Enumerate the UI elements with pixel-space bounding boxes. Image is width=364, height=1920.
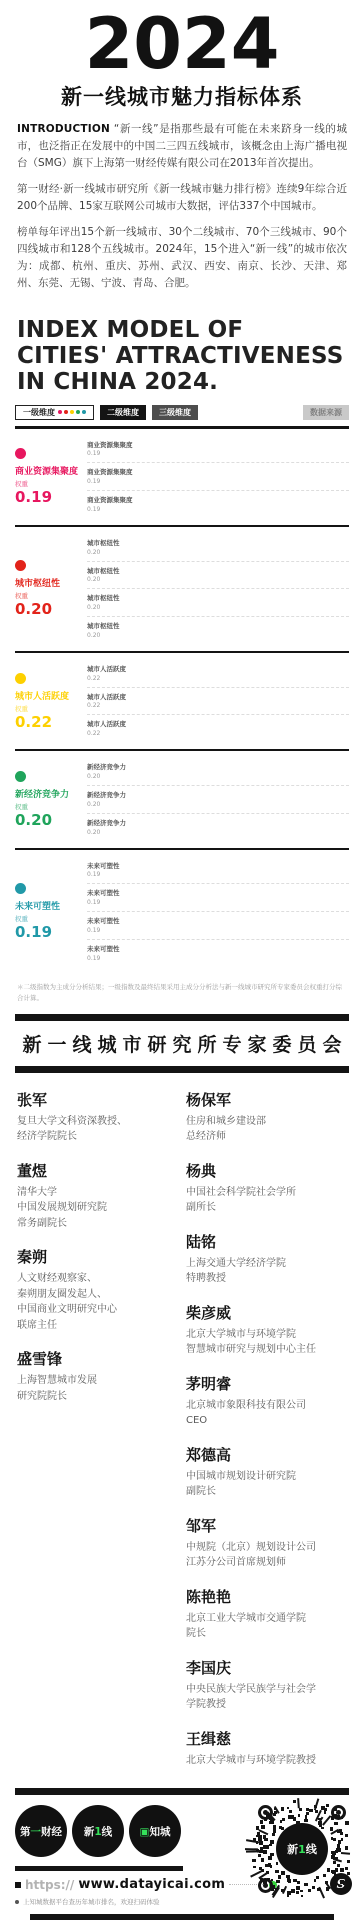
- expert-affiliation: 清华大学 中国发展规划研究院 常务副院长: [17, 1185, 178, 1232]
- dimension-header: 新经济竞争力 权重 0.20: [15, 758, 87, 840]
- dimension-header: 城市枢纽性 权重 0.20: [15, 534, 87, 644]
- sub-index-row: 商业资源集聚度 0.19: [87, 462, 349, 490]
- footer-divider-bar: [15, 1866, 183, 1871]
- qr-code: 新1线 S: [250, 1797, 354, 1901]
- sub-index-row: 商业资源集聚度 0.19: [87, 436, 349, 463]
- intro-paragraph-2: 第一财经·新一线城市研究所《新一线城市魅力排行榜》连续9年综合近200个品牌、1…: [17, 181, 347, 215]
- expert-card: 李国庆 中央民族大学民族学与社会学 学院教授: [186, 1657, 347, 1713]
- committee-section: 新一线城市研究所专家委员会 张军 复旦大学文科资深教授、 经济学院院长 董煜 清…: [0, 1014, 364, 1784]
- sub-index-row: 城市人活跃度 0.22: [87, 660, 349, 687]
- expert-card: 陆铭 上海交通大学经济学院 特聘教授: [186, 1231, 347, 1287]
- dimension-section: 城市枢纽性 权重 0.20 城市枢纽性 0.20 城市枢纽性: [15, 525, 349, 651]
- dimension-rows: 未来可塑性 0.19 未来可塑性 0.19: [87, 857, 349, 967]
- dimension-name: 城市枢纽性: [15, 576, 83, 589]
- sub-index-name: 未来可塑性: [87, 945, 167, 954]
- sub-index-weight: 0.20: [87, 549, 167, 556]
- sub-index-name: 新经济竞争力: [87, 819, 167, 828]
- introduction-label: INTRODUCTION: [17, 123, 110, 135]
- sub-index-row: 城市枢纽性 0.20: [87, 534, 349, 561]
- dimension-weight-value: 0.19: [15, 925, 83, 940]
- brand-logo: 新1线: [72, 1805, 124, 1857]
- dimension-name: 未来可塑性: [15, 899, 83, 912]
- sub-index-row: 城市枢纽性 0.20: [87, 588, 349, 616]
- sub-index-name: 城市人活跃度: [87, 720, 167, 729]
- dimension-rows: 新经济竞争力 0.20 新经济竞争力 0.20: [87, 758, 349, 840]
- sub-index-header: 未来可塑性 0.19: [87, 945, 167, 962]
- expert-card: 杨典 中国社会科学院社会学所 副所长: [186, 1160, 347, 1216]
- dimension-weight-label: 权重: [15, 914, 83, 923]
- sub-index-header: 城市人活跃度 0.22: [87, 665, 167, 682]
- header: 2024 新一线城市魅力指标体系: [0, 0, 364, 111]
- infographic-page: 2024 新一线城市魅力指标体系 INTRODUCTION “新一线”是指那些最…: [0, 0, 364, 1920]
- dimension-name: 城市人活跃度: [15, 689, 83, 702]
- expert-name: 张军: [17, 1089, 178, 1110]
- sub-index-header: 城市枢纽性 0.20: [87, 539, 167, 556]
- sub-index-name: 城市枢纽性: [87, 594, 167, 603]
- experts-right-column: 杨保军 住房和城乡建设部 总经济师 杨典 中国社会科学院社会学所 副所长 陆铭 …: [186, 1089, 347, 1784]
- sub-index-weight: 0.19: [87, 955, 167, 962]
- sub-index-name: 城市人活跃度: [87, 693, 167, 702]
- expert-card: 郑德高 中国城市规划设计研究院 副院长: [186, 1444, 347, 1500]
- committee-top-bar: [15, 1014, 349, 1021]
- legend-dot: [58, 410, 62, 414]
- expert-affiliation: 中国城市规划设计研究院 副院长: [186, 1469, 347, 1500]
- footer-bottom-bar: [30, 1914, 334, 1920]
- sub-index-header: 未来可塑性 0.19: [87, 862, 167, 879]
- sub-index-row: 新经济竞争力 0.20: [87, 785, 349, 813]
- sub-index-row: 未来可塑性 0.19: [87, 857, 349, 884]
- sub-index-row: 新经济竞争力 0.20: [87, 758, 349, 785]
- expert-name: 李国庆: [186, 1657, 347, 1678]
- brand-logo-text: 新1线: [84, 1824, 112, 1839]
- dimension-section: 城市人活跃度 权重 0.22 城市人活跃度 0.22 城市人活跃度: [15, 651, 349, 749]
- expert-card: 张军 复旦大学文科资深教授、 经济学院院长: [17, 1089, 178, 1145]
- sub-index-row: 未来可塑性 0.19: [87, 939, 349, 967]
- dimension-dot: [15, 771, 26, 782]
- sub-index-header: 新经济竞争力 0.20: [87, 763, 167, 780]
- methodology-footnote: ＊二级指数为主成分分析结果；一级指数及最终结果采用主成分分析法与新一线城市研究所…: [0, 974, 364, 1004]
- heading-line: IN CHINA 2024.: [17, 369, 347, 395]
- expert-affiliation: 北京工业大学城市交通学院 院长: [186, 1611, 347, 1642]
- qr-center-logo: 新1线: [276, 1823, 328, 1875]
- page-title: 新一线城市魅力指标体系: [0, 81, 364, 111]
- square-bullet-icon: [15, 1882, 21, 1888]
- dimension-weight-label: 权重: [15, 704, 83, 713]
- sub-index-header: 未来可塑性 0.19: [87, 889, 167, 906]
- sub-index-header: 新经济竞争力 0.20: [87, 791, 167, 808]
- legend-level3-chip: 三级维度: [152, 405, 198, 420]
- sub-index-header: 城市枢纽性 0.20: [87, 567, 167, 584]
- index-model-heading: INDEX MODEL OFCITIES' ATTRACTIVENESSIN C…: [0, 301, 364, 401]
- expert-name: 杨典: [186, 1160, 347, 1181]
- expert-card: 茅明睿 北京城市象限科技有限公司 CEO: [186, 1373, 347, 1429]
- expert-affiliation: 中规院（北京）规划设计公司 江苏分公司首席规划师: [186, 1540, 347, 1571]
- dimension-weight-label: 权重: [15, 802, 83, 811]
- expert-card: 盛雪锋 上海智慧城市发展 研究院院长: [17, 1348, 178, 1404]
- dimension-header: 城市人活跃度 权重 0.22: [15, 660, 87, 742]
- sub-index-name: 未来可塑性: [87, 917, 167, 926]
- sub-index-name: 新经济竞争力: [87, 763, 167, 772]
- sub-index-name: 城市枢纽性: [87, 622, 167, 631]
- dimension-header: 商业资源集聚度 权重 0.19: [15, 436, 87, 518]
- url-text[interactable]: www.datayicai.com: [78, 1877, 225, 1892]
- sub-index-weight: 0.19: [87, 478, 167, 485]
- dimension-weight-value: 0.20: [15, 813, 83, 828]
- expert-affiliation: 人文财经观察家、 秦朔朋友圈发起人、 中国商业文明研究中心 联席主任: [17, 1271, 178, 1333]
- expert-name: 柴彦威: [186, 1302, 347, 1323]
- brand-logo-text: ▣知城: [140, 1824, 171, 1839]
- expert-affiliation: 上海交通大学经济学院 特聘教授: [186, 1256, 347, 1287]
- round-bullet-icon: [15, 1900, 19, 1904]
- dimension-weight-value: 0.20: [15, 602, 83, 617]
- sub-index-header: 商业资源集聚度 0.19: [87, 441, 167, 458]
- committee-title: 新一线城市研究所专家委员会: [0, 1021, 364, 1066]
- sub-index-header: 未来可塑性 0.19: [87, 917, 167, 934]
- legend-dot: [64, 410, 68, 414]
- sub-index-header: 城市枢纽性 0.20: [87, 594, 167, 611]
- legend: 一级维度 二级维度 三级维度 数据来源: [0, 401, 364, 426]
- sub-index-row: 城市人活跃度 0.22: [87, 714, 349, 742]
- dimension-rows: 城市枢纽性 0.20 城市枢纽性 0.20: [87, 534, 349, 644]
- sub-index-weight: 0.22: [87, 730, 167, 737]
- expert-name: 茅明睿: [186, 1373, 347, 1394]
- experts-grid: 张军 复旦大学文科资深教授、 经济学院院长 董煜 清华大学 中国发展规划研究院 …: [0, 1073, 364, 1784]
- sub-index-row: 未来可塑性 0.19: [87, 883, 349, 911]
- dimension-weight-value: 0.22: [15, 715, 83, 730]
- sub-index-header: 城市人活跃度 0.22: [87, 693, 167, 710]
- sub-index-row: 新经济竞争力 0.20: [87, 813, 349, 841]
- sub-index-weight: 0.19: [87, 899, 167, 906]
- expert-affiliation: 上海智慧城市发展 研究院院长: [17, 1373, 178, 1404]
- sub-index-header: 商业资源集聚度 0.19: [87, 468, 167, 485]
- footer-top-bar: [15, 1788, 349, 1795]
- expert-affiliation: 北京城市象限科技有限公司 CEO: [186, 1398, 347, 1429]
- sub-index-weight: 0.22: [87, 702, 167, 709]
- sub-index-name: 未来可塑性: [87, 862, 167, 871]
- scan-note-text: 上知城数据平台查历年城市排名，欢迎扫码体验: [23, 1897, 160, 1906]
- sub-index-name: 未来可塑性: [87, 889, 167, 898]
- sub-index-weight: 0.20: [87, 632, 167, 639]
- sub-index-name: 新经济竞争力: [87, 791, 167, 800]
- sub-index-weight: 0.20: [87, 829, 167, 836]
- dimension-rows: 商业资源集聚度 0.19 商业资源集聚度 0.19: [87, 436, 349, 518]
- year-heading: 2024: [0, 10, 364, 79]
- sub-index-weight: 0.19: [87, 450, 167, 457]
- website-line[interactable]: https:// www.datayicai.com: [15, 1877, 277, 1892]
- sub-index-weight: 0.22: [87, 675, 167, 682]
- url-protocol: https://: [25, 1878, 74, 1892]
- qr-center-text: 新1线: [287, 1841, 317, 1857]
- sub-index-header: 城市人活跃度 0.22: [87, 720, 167, 737]
- expert-name: 王缉慈: [186, 1728, 347, 1749]
- sub-index-weight: 0.20: [87, 576, 167, 583]
- dimension-name: 商业资源集聚度: [15, 464, 83, 477]
- expert-card: 柴彦威 北京大学城市与环境学院 智慧城市研究与规划中心主任: [186, 1302, 347, 1358]
- dimension-weight-label: 权重: [15, 479, 83, 488]
- expert-affiliation: 中国社会科学院社会学所 副所长: [186, 1185, 347, 1216]
- legend-level1-label: 一级维度: [23, 407, 55, 418]
- dimension-rows: 城市人活跃度 0.22 城市人活跃度 0.22: [87, 660, 349, 742]
- expert-name: 董煜: [17, 1160, 178, 1181]
- legend-level1-chip: 一级维度: [15, 405, 94, 420]
- sub-index-header: 商业资源集聚度 0.19: [87, 496, 167, 513]
- sub-index-row: 城市枢纽性 0.20: [87, 561, 349, 589]
- expert-name: 陈艳艳: [186, 1586, 347, 1607]
- expert-affiliation: 复旦大学文科资深教授、 经济学院院长: [17, 1114, 178, 1145]
- sub-index-row: 城市枢纽性 0.20: [87, 616, 349, 644]
- sub-index-weight: 0.20: [87, 801, 167, 808]
- dimension-dot: [15, 883, 26, 894]
- sub-index-name: 城市枢纽性: [87, 539, 167, 548]
- intro-paragraph-3: 榜单每年评出15个新一线城市、30个二线城市、70个三线城市、90个四线城市和1…: [17, 224, 347, 292]
- sub-index-weight: 0.19: [87, 506, 167, 513]
- heading-line: INDEX MODEL OF: [17, 317, 347, 343]
- intro-paragraph-1: INTRODUCTION “新一线”是指那些最有可能在未来跻身一线的城市，也泛指…: [17, 121, 347, 172]
- expert-affiliation: 中央民族大学民族学与社会学 学院教授: [186, 1682, 347, 1713]
- expert-affiliation: 住房和城乡建设部 总经济师: [186, 1114, 347, 1145]
- dimension-weight-value: 0.19: [15, 490, 83, 505]
- expert-card: 秦朔 人文财经观察家、 秦朔朋友圈发起人、 中国商业文明研究中心 联席主任: [17, 1246, 178, 1333]
- dimension-section: 未来可塑性 权重 0.19 未来可塑性 0.19 未来可塑性: [15, 848, 349, 974]
- committee-bottom-bar: [15, 1066, 349, 1073]
- sub-index-weight: 0.19: [87, 871, 167, 878]
- legend-level2-chip: 二级维度: [100, 405, 146, 420]
- brand-logo-text: 第一财经: [20, 1824, 62, 1839]
- dimension-dot: [15, 560, 26, 571]
- dimension-section: 新经济竞争力 权重 0.20 新经济竞争力 0.20 新经济竞争力: [15, 749, 349, 847]
- experts-left-column: 张军 复旦大学文科资深教授、 经济学院院长 董煜 清华大学 中国发展规划研究院 …: [17, 1089, 178, 1784]
- expert-name: 秦朔: [17, 1246, 178, 1267]
- expert-card: 王缉慈 北京大学城市与环境学院教授: [186, 1728, 347, 1769]
- expert-name: 郑德高: [186, 1444, 347, 1465]
- sub-index-weight: 0.20: [87, 773, 167, 780]
- expert-card: 陈艳艳 北京工业大学城市交通学院 院长: [186, 1586, 347, 1642]
- expert-card: 邹军 中规院（北京）规划设计公司 江苏分公司首席规划师: [186, 1515, 347, 1571]
- sub-index-name: 城市人活跃度: [87, 665, 167, 674]
- sub-index-name: 城市枢纽性: [87, 567, 167, 576]
- sub-index-weight: 0.20: [87, 604, 167, 611]
- expert-card: 董煜 清华大学 中国发展规划研究院 常务副院长: [17, 1160, 178, 1232]
- dimension-dot: [15, 448, 26, 459]
- sub-index-header: 新经济竞争力 0.20: [87, 819, 167, 836]
- brand-logo: ▣知城: [129, 1805, 181, 1857]
- expert-name: 邹军: [186, 1515, 347, 1536]
- sub-index-row: 未来可塑性 0.19: [87, 911, 349, 939]
- dimension-weight-label: 权重: [15, 591, 83, 600]
- sub-index-name: 商业资源集聚度: [87, 441, 167, 450]
- expert-affiliation: 北京大学城市与环境学院 智慧城市研究与规划中心主任: [186, 1327, 347, 1358]
- dimension-header: 未来可塑性 权重 0.19: [15, 857, 87, 967]
- sub-index-weight: 0.19: [87, 927, 167, 934]
- expert-name: 陆铭: [186, 1231, 347, 1252]
- expert-affiliation: 北京大学城市与环境学院教授: [186, 1753, 347, 1769]
- legend-source-chip: 数据来源: [303, 405, 349, 420]
- expert-card: 杨保军 住房和城乡建设部 总经济师: [186, 1089, 347, 1145]
- sub-index-name: 商业资源集聚度: [87, 468, 167, 477]
- legend-dot: [70, 410, 74, 414]
- introduction: INTRODUCTION “新一线”是指那些最有可能在未来跻身一线的城市，也泛指…: [0, 111, 364, 301]
- brand-logo: 第一财经: [15, 1805, 67, 1857]
- legend-dot: [76, 410, 80, 414]
- dimension-section: 商业资源集聚度 权重 0.19 商业资源集聚度 0.19 商业资源集聚度: [15, 429, 349, 525]
- expert-name: 杨保军: [186, 1089, 347, 1110]
- footer: 第一财经 新1线 ▣知城 https:// www.datayicai.com …: [0, 1795, 364, 1920]
- expert-name: 盛雪锋: [17, 1348, 178, 1369]
- sub-index-header: 城市枢纽性 0.20: [87, 622, 167, 639]
- sub-index-row: 商业资源集聚度 0.19: [87, 490, 349, 518]
- legend-dot: [82, 410, 86, 414]
- index-model-table: 商业资源集聚度 权重 0.19 商业资源集聚度 0.19 商业资源集聚度: [0, 429, 364, 974]
- dimension-dot: [15, 673, 26, 684]
- dimension-name: 新经济竞争力: [15, 787, 83, 800]
- sub-index-row: 城市人活跃度 0.22: [87, 687, 349, 715]
- sub-index-name: 商业资源集聚度: [87, 496, 167, 505]
- heading-line: CITIES' ATTRACTIVENESS: [17, 343, 347, 369]
- legend-color-dots: [58, 410, 86, 414]
